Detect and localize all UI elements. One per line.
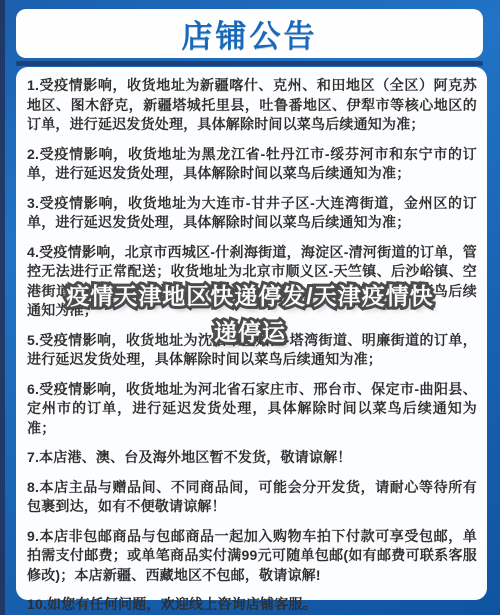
notice-item-9: 9.本店非包邮商品与包邮商品一起加入购物车拍下付款可享受包邮，单拍需支付邮费；或… [27,527,477,586]
watermark-overlay: 疫情天津地区快递停发/天津疫情快递停运 [59,279,441,350]
announcement-poster: 店铺公告 1.受疫情影响，收货地址为新疆喀什、克州、和田地区（全区）阿克苏地区、… [0,0,500,615]
announcement-banner: 店铺公告 [16,9,483,58]
notice-item-7: 7.本店港、澳、台及海外地区暂不发货，敬请谅解！ [27,448,477,468]
banner-shadow [16,61,483,66]
notice-item-8: 8.本店主品与赠品间、不同商品间，可能会分开发货，请耐心等待所有包裹到达，如有不… [27,478,477,517]
notice-item-10: 10.如您有任何问题，欢迎线上咨询店铺客服。 [27,595,477,615]
notice-item-3: 3.受疫情影响，收货地址为大连市-甘井子区-大连湾街道，金州区的订单，进行延迟发… [27,194,477,233]
notice-item-2: 2.受疫情影响，收货地址为黑龙江省-牡丹江市-绥芬河市和东宁市的订单，进行延迟发… [27,145,477,184]
page-title: 店铺公告 [182,11,318,56]
left-edge-bar [0,0,5,615]
notice-item-6: 6.受疫情影响，收货地址为河北省石家庄市、邢台市、保定市-曲阳县、定州市的订单，… [27,380,477,439]
watermark-text: 疫情天津地区快递停发/天津疫情快递停运 [66,283,433,345]
notice-item-1: 1.受疫情影响，收货地址为新疆喀什、克州、和田地区（全区）阿克苏地区、图木舒克，… [27,76,477,135]
